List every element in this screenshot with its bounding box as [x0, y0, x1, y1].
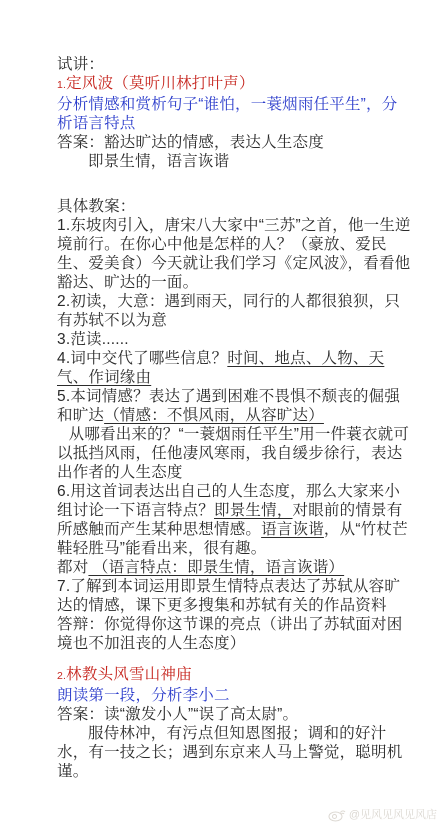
heading-lesson-plan: 具体教案： [57, 197, 412, 216]
step-5: 5.本词情感？表达了遇到困难不畏惧不颓丧的倔强和旷达（情感：不惧风雨，从容旷达） [57, 387, 412, 425]
text-segment: 1. [57, 79, 66, 91]
watermark: @见风见风见风店 [328, 806, 437, 822]
text-segment: 答案：豁达旷达的情感，表达人生态度 [57, 134, 324, 151]
text-segment: 试讲： [57, 56, 104, 73]
text-segment: 答案：读“激发小人”“误了高太尉”。 [57, 706, 298, 723]
line-trial-lecture: 试讲： [57, 55, 412, 74]
answer-line-1: 答案：豁达旷达的情感，表达人生态度 [57, 133, 412, 152]
text-segment: 即景生情，语言诙谐 [88, 153, 229, 170]
step-6-conclusion: 都对 （语言特点：即景生情，语言诙谐） [57, 558, 412, 577]
text-segment: 2. [57, 670, 66, 682]
step-1: 1.东坡肉引入，唐宋八大家中“三苏”之首，他一生逆境前行。在你心中他是怎样的人？… [57, 216, 412, 292]
step-6: 6.用这首词表达出自己的人生态度，那么大家来小组讨论一下语言特点？即景生情，对眼… [57, 482, 412, 558]
text-segment: 林教头风雪山神庙 [66, 666, 192, 683]
step-5-cont: 从哪看出来的？“一蓑烟雨任平生”用一件蓑衣就可以抵挡风雨，任他凄风寒雨，我自缓步… [57, 425, 412, 482]
answer2-line-1: 答案：读“激发小人”“误了高太尉”。 [57, 705, 412, 724]
step-4: 4.词中交代了哪些信息？时间、地点、人物、天气、作词缘由 [57, 349, 412, 387]
watermark-text: @见风见风见风店 [349, 806, 437, 822]
task-lin-jiaotou: 朗读第一段，分析李小二 [57, 686, 412, 705]
text-segment: 2.初读，大意：遇到雨天，同行的人都很狼狈，只有苏轼不以为意 [57, 293, 400, 329]
text-segment: 从哪看出来的？“一蓑烟雨任平生”用一件蓑衣就可以抵挡风雨，任他凄风寒雨，我自缓步… [57, 426, 409, 481]
title-dingfengbo: 1.定风波（莫听川林打叶声） [57, 74, 412, 95]
text-segment: 服侍林冲，有污点但知恩图报；调和的好汁水，有一技之长；遇到东京来人马上警觉，聪明… [57, 725, 402, 780]
text-segment: 即景生情， [214, 502, 293, 519]
step-3: 3.范读...... [57, 330, 412, 349]
text-segment: 朗读第一段，分析李小二 [57, 687, 230, 704]
text-segment: 答辩：你觉得你这节课的亮点（讲出了苏轼面对困境也不加沮丧的人生态度） [57, 616, 402, 652]
step-2: 2.初读，大意：遇到雨天，同行的人都很狼狈，只有苏轼不以为意 [57, 292, 412, 330]
step-7: 7.了解到本词运用即景生情特点表达了苏轼从容旷达的情感，课下更多搜集和苏轼有关的… [57, 577, 412, 615]
answer2-line-2: 服侍林冲，有污点但知恩图报；调和的好汁水，有一技之长；遇到东京来人马上警觉，聪明… [57, 724, 412, 781]
text-segment: 4.词中交代了哪些信息？ [57, 350, 227, 367]
text-segment: 语言诙谐 [261, 521, 324, 538]
text-segment: 3.范读...... [57, 331, 129, 348]
weibo-icon [328, 807, 346, 822]
text-segment: 都对 [57, 559, 88, 576]
text-segment: （语言特点：即景生情，语言诙谐） [88, 559, 344, 576]
text-segment: 分析情感和赏析句子“谁怕，一蓑烟雨任平生”，分析语言特点 [57, 96, 397, 132]
defense-question: 答辩：你觉得你这节课的亮点（讲出了苏轼面对困境也不加沮丧的人生态度） [57, 615, 412, 653]
text-segment: （情感：不惧风雨，从容旷达） [104, 407, 324, 424]
task-dingfengbo: 分析情感和赏析句子“谁怕，一蓑烟雨任平生”，分析语言特点 [57, 95, 412, 133]
document-body: 试讲：1.定风波（莫听川林打叶声）分析情感和赏析句子“谁怕，一蓑烟雨任平生”，分… [0, 0, 440, 826]
text-segment: 定风波（莫听川林打叶声） [66, 75, 254, 92]
text-segment: 7.了解到本词运用即景生情特点表达了苏轼从容旷达的情感，课下更多搜集和苏轼有关的… [57, 578, 400, 614]
title-lin-jiaotou: 2.林教头风雪山神庙 [57, 665, 412, 686]
text-segment: 具体教案： [57, 198, 136, 215]
text-segment: 1.东坡肉引入，唐宋八大家中“三苏”之首，他一生逆境前行。在你心中他是怎样的人？… [57, 217, 411, 291]
answer-line-2: 即景生情，语言诙谐 [57, 152, 412, 171]
